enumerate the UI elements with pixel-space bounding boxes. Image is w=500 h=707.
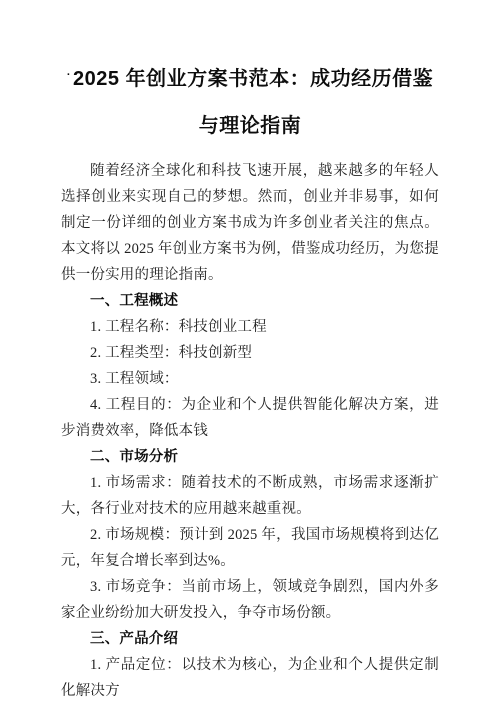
paragraph: 3. 工程领域：: [61, 366, 439, 392]
section-heading: 二、市场分析: [61, 444, 439, 470]
paragraph: 2. 市场规模：预计到 2025 年，我国市场规模将到达亿元，年复合增长率到达%…: [61, 522, 439, 574]
document-title: ·2025 年创业方案书范本：成功经历借鉴与理论指南: [61, 52, 439, 150]
document-page: ·2025 年创业方案书范本：成功经历借鉴与理论指南 随着经济全球化和科技飞速开…: [0, 0, 500, 707]
paragraph: 1. 工程名称：科技创业工程: [61, 314, 439, 340]
section-heading: 三、产品介绍: [61, 626, 439, 652]
paragraph: 3. 市场竞争：当前市场上，领域竞争剧烈，国内外多家企业纷纷加大研发投入，争夺市…: [61, 574, 439, 626]
document-body: 随着经济全球化和科技飞速开展，越来越多的年轻人选择创业来实现自己的梦想。然而，创…: [61, 158, 439, 704]
paragraph: 随着经济全球化和科技飞速开展，越来越多的年轻人选择创业来实现自己的梦想。然而，创…: [61, 158, 439, 288]
paragraph: 1. 市场需求：随着技术的不断成熟，市场需求逐渐扩大，各行业对技术的应用越来越重…: [61, 470, 439, 522]
paragraph: 2. 工程类型：科技创新型: [61, 340, 439, 366]
paragraph: 4. 工程目的：为企业和个人提供智能化解决方案，进步消费效率，降低本钱: [61, 392, 439, 444]
paragraph: 1. 产品定位：以技术为核心，为企业和个人提供定制化解决方: [61, 652, 439, 704]
section-heading: 一、工程概述: [61, 288, 439, 314]
document-title-text: 2025 年创业方案书范本：成功经历借鉴与理论指南: [73, 68, 433, 137]
title-bullet-marker: ·: [67, 69, 71, 81]
